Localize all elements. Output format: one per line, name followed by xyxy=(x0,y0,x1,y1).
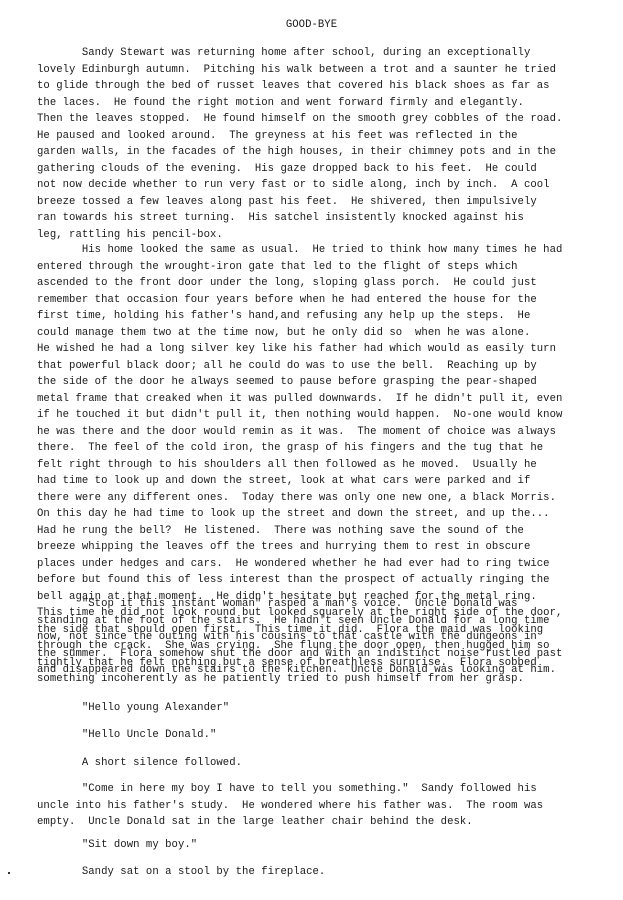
paragraph-5: "Hello Uncle Donald." xyxy=(37,727,617,744)
text-line: uncle into his father's study. He wonder… xyxy=(37,798,617,815)
text-line: "Hello young Alexander" xyxy=(37,700,617,717)
text-line: ran towards his street turning. His satc… xyxy=(37,210,617,227)
text-line: places under hedges and cars. He wondere… xyxy=(37,556,617,573)
text-line: had time to look up and down the street,… xyxy=(37,473,617,490)
paragraph-9: Sandy sat on a stool by the fireplace. xyxy=(37,864,617,881)
text-line: Then the leaves stopped. He found himsel… xyxy=(37,111,617,128)
text-line: there were any different ones. Today the… xyxy=(37,490,617,507)
text-line: A short silence followed. xyxy=(37,755,617,772)
text-line: and disappeared down the stairs to the k… xyxy=(37,662,617,679)
text-line: that powerful black door; all he could d… xyxy=(37,358,617,375)
text-line: felt right through to his shoulders all … xyxy=(37,457,617,474)
text-line: could manage them two at the time now, b… xyxy=(37,325,617,342)
text-line: there. The feel of the cold iron, the gr… xyxy=(37,440,617,457)
paragraph-8: "Sit down my boy." xyxy=(37,837,617,854)
text-line: "Hello Uncle Donald." xyxy=(37,727,617,744)
text-line: On this day he had time to look up the s… xyxy=(37,506,617,523)
text-line: gathering clouds of the evening. His gaz… xyxy=(37,161,617,178)
text-line: he was there and the door would remin as… xyxy=(37,424,617,441)
text-line: standing at the foot of the stairs. He h… xyxy=(37,613,617,630)
text-line: to glide through the bed of russet leave… xyxy=(37,78,617,95)
text-line: not now decide whether to run very fast … xyxy=(37,177,617,194)
text-line: "Stop it this instant woman" rasped a ma… xyxy=(37,596,617,613)
text-line: lovely Edinburgh autumn. Pitching his wa… xyxy=(37,62,617,79)
text-line: "Come in here my boy I have to tell you … xyxy=(37,781,617,798)
paragraph-1: Sandy Stewart was returning home after s… xyxy=(37,45,617,243)
story-title: GOOD-BYE xyxy=(0,19,623,31)
text-line: "Sit down my boy." xyxy=(37,837,617,854)
text-line: ascended to the front door under the lon… xyxy=(37,275,617,292)
text-line: Sandy sat on a stool by the fireplace. xyxy=(37,864,617,881)
text-line: before but found this of less interest t… xyxy=(37,572,617,589)
text-line: entered through the wrought-iron gate th… xyxy=(37,259,617,276)
text-line: Sandy Stewart was returning home after s… xyxy=(37,45,617,62)
paragraph-6: A short silence followed. xyxy=(37,755,617,772)
text-line: first time, holding his father's hand,an… xyxy=(37,308,617,325)
typewritten-page: GOOD-BYE Sandy Stewart was returning hom… xyxy=(0,0,623,900)
text-line: leg, rattling his pencil-box. xyxy=(37,227,617,244)
paragraph-3: "Stop it this instant woman" rasped a ma… xyxy=(37,596,617,679)
paragraph-4: "Hello young Alexander" xyxy=(37,700,617,717)
paragraph-7: "Come in here my boy I have to tell you … xyxy=(37,781,617,831)
text-line: He wished he had a long silver key like … xyxy=(37,341,617,358)
text-line: breeze tossed a few leaves along past hi… xyxy=(37,194,617,211)
text-line: garden walls, in the facades of the high… xyxy=(37,144,617,161)
text-line: empty. Uncle Donald sat in the large lea… xyxy=(37,814,617,831)
text-line: Had he rung the bell? He listened. There… xyxy=(37,523,617,540)
text-line: now, not since the outing with his cousi… xyxy=(37,629,617,646)
text-line: the summer. Flora somehow shut the door … xyxy=(37,646,617,663)
text-line: if he touched it but didn't pull it, the… xyxy=(37,407,617,424)
stray-mark xyxy=(8,872,10,874)
text-line: the side of the door he always seemed to… xyxy=(37,374,617,391)
text-line: His home looked the same as usual. He tr… xyxy=(37,242,617,259)
text-line: remember that occasion four years before… xyxy=(37,292,617,309)
text-line: He paused and looked around. The greynes… xyxy=(37,128,617,145)
text-line: metal frame that creaked when it was pul… xyxy=(37,391,617,408)
text-line: the laces. He found the right motion and… xyxy=(37,95,617,112)
text-line: breeze whipping the leaves off the trees… xyxy=(37,539,617,556)
